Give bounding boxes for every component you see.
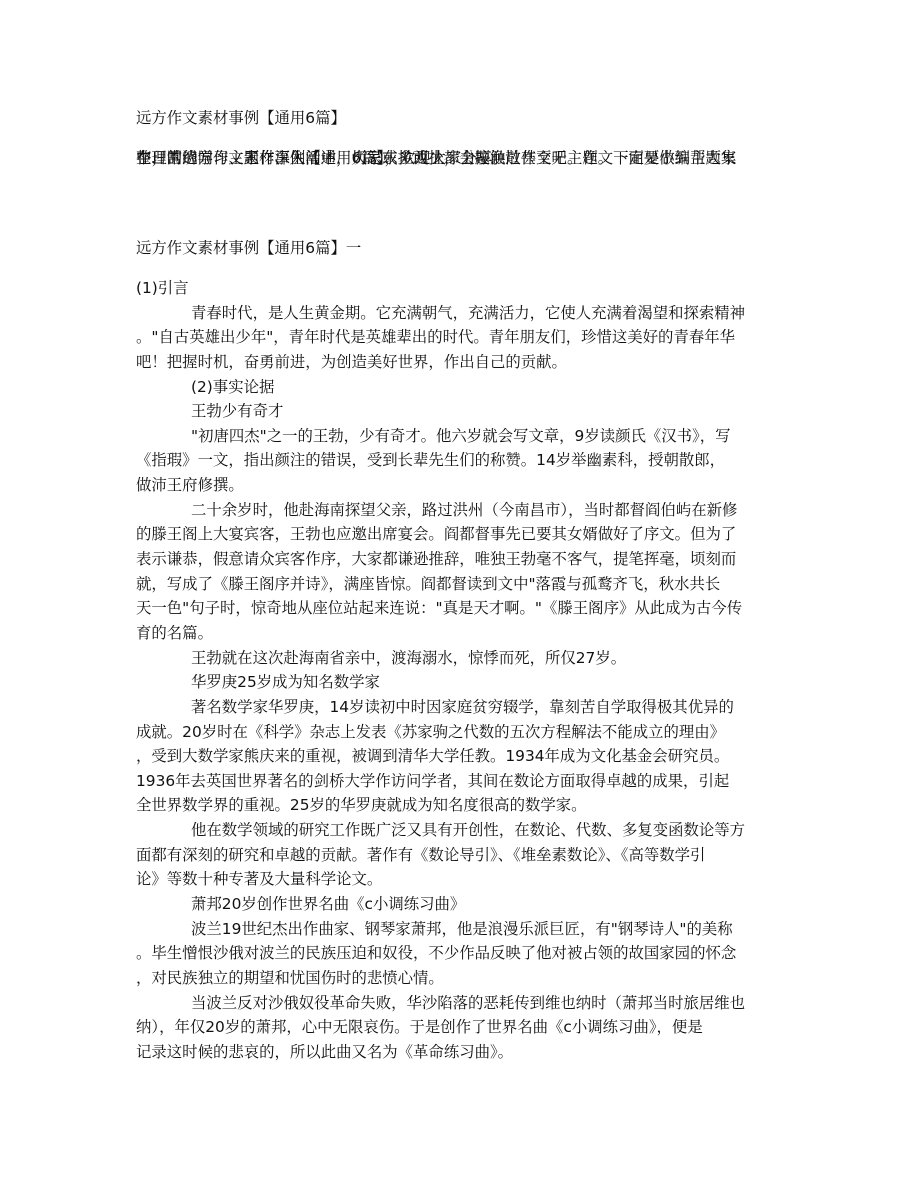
body-line: 面都有深刻的研究和卓越的贡献。著作有《数论导引》、《堆垒素数论》、《高等数学引 bbox=[136, 845, 796, 870]
body-line: "初唐四杰"之一的王勃，少有奇才。他六岁就会写文章，9岁读颜氏《汉书》，写 bbox=[191, 426, 851, 451]
body-line: 当波兰反对沙俄奴役革命失败，华沙陷落的恶耗传到维也纳时（萧邦当时旅居维也 bbox=[191, 993, 851, 1018]
body-line: ，受到大数学家熊庆来的重视，被调到清华大学任教。1934年成为文化基金会研究员。 bbox=[136, 746, 796, 771]
body-line: (2)事实论据 bbox=[191, 377, 851, 402]
body-line: 表示谦恭，假意请众宾客作序，大家都谦逊推辞，唯独王勃毫不客气，提笔挥毫，顷刻而 bbox=[136, 549, 796, 574]
body-text: (1)引言青春时代，是人生黄金期。它充满朝气，充满活力，它使人充满着渴望和探索精… bbox=[136, 278, 796, 1067]
body-line: 王勃就在这次赴海南省亲中，渡海溺水，惊悸而死，所仅27岁。 bbox=[191, 648, 851, 673]
body-line: 《指瑕》一文，指出颜注的错误，受到长辈先生们的称赞。14岁举幽素科，授朝散郎， bbox=[136, 450, 796, 475]
body-line: ，对民族独立的期望和忧国伤时的悲愤心情。 bbox=[136, 968, 796, 993]
body-line: 王勃少有奇才 bbox=[191, 401, 851, 426]
body-line: 二十余岁时，他赴海南探望父亲，路过洪州（今南昌市），当时都督阎伯屿在新修 bbox=[191, 500, 851, 525]
body-line: 波兰19世纪杰出作曲家、钢琴家萧邦，他是浪漫乐派巨匠，有"钢琴诗人"的美称 bbox=[191, 919, 851, 944]
body-line: 的滕王阁上大宴宾客，王勃也应邀出席宴会。阎都督事先已要其女婿做好了序文。但为了 bbox=[136, 524, 796, 549]
document-title: 远方作文素材事例【通用6篇】 bbox=[136, 108, 346, 128]
body-line: 天一色"句子时，惊奇地从座位站起来连说："真是天才啊。"《滕王阁序》从此成为古今… bbox=[136, 598, 796, 623]
body-line: 吧！把握时机，奋勇前进，为创造美好世界，作出自己的贡献。 bbox=[136, 352, 796, 377]
body-line: 做沛王府修撰。 bbox=[136, 475, 796, 500]
intro-line: 整理的远方作文素材事例【通用6篇】，欢迎大家分享。 bbox=[136, 148, 507, 168]
body-line: 记录这时候的悲哀的，所以此曲又名为《革命练习曲》。 bbox=[136, 1042, 796, 1067]
body-line: 全世界数学界的重视。25岁的华罗庚就成为知名度很高的数学家。 bbox=[136, 795, 796, 820]
body-line: 萧邦20岁创作世界名曲《c小调练习曲》 bbox=[191, 894, 851, 919]
body-line: 华罗庚25岁成为知名数学家 bbox=[191, 672, 851, 697]
body-line: 著名数学家华罗庚，14岁读初中时因家庭贫穷辍学，靠刻苦自学取得极其优异的 bbox=[191, 697, 851, 722]
body-line: 。"自古英雄出少年"，青年时代是英雄辈出的时代。青年朋友们，珍惜这美好的青春年华 bbox=[136, 327, 796, 352]
body-line: 青春时代，是人生黄金期。它充满朝气，充满活力，它使人充满着渴望和探索精神 bbox=[191, 303, 851, 328]
body-line: (1)引言 bbox=[136, 278, 796, 303]
body-line: 纳），年仅20岁的萧邦，心中无限哀伤。于是创作了世界名曲《c小调练习曲》，便是 bbox=[136, 1017, 796, 1042]
body-line: 就，写成了《滕王阁序并诗》，满座皆惊。阎都督读到文中"落霞与孤鹜齐飞，秋水共长 bbox=[136, 574, 796, 599]
body-line: 育的名篇。 bbox=[136, 623, 796, 648]
body-line: 。毕生憎恨沙俄对波兰的民族压迫和奴役，不少作品反映了他对被占领的故国家园的怀念 bbox=[136, 943, 796, 968]
body-line: 1936年去英国世界著名的剑桥大学作访问学者，其间在数论方面取得卓越的成果，引起 bbox=[136, 771, 796, 796]
body-line: 论》等数十种专著及大量科学论文。 bbox=[136, 869, 796, 894]
body-line: 成就。20岁时在《科学》杂志上发表《苏家驹之代数的五次方程解法不能成立的理由》 bbox=[136, 722, 796, 747]
body-line: 他在数学领域的研究工作既广泛又具有开创性，在数论、代数、多复变函数论等方 bbox=[191, 820, 851, 845]
section-title: 远方作文素材事例【通用6篇】一 bbox=[136, 238, 361, 258]
